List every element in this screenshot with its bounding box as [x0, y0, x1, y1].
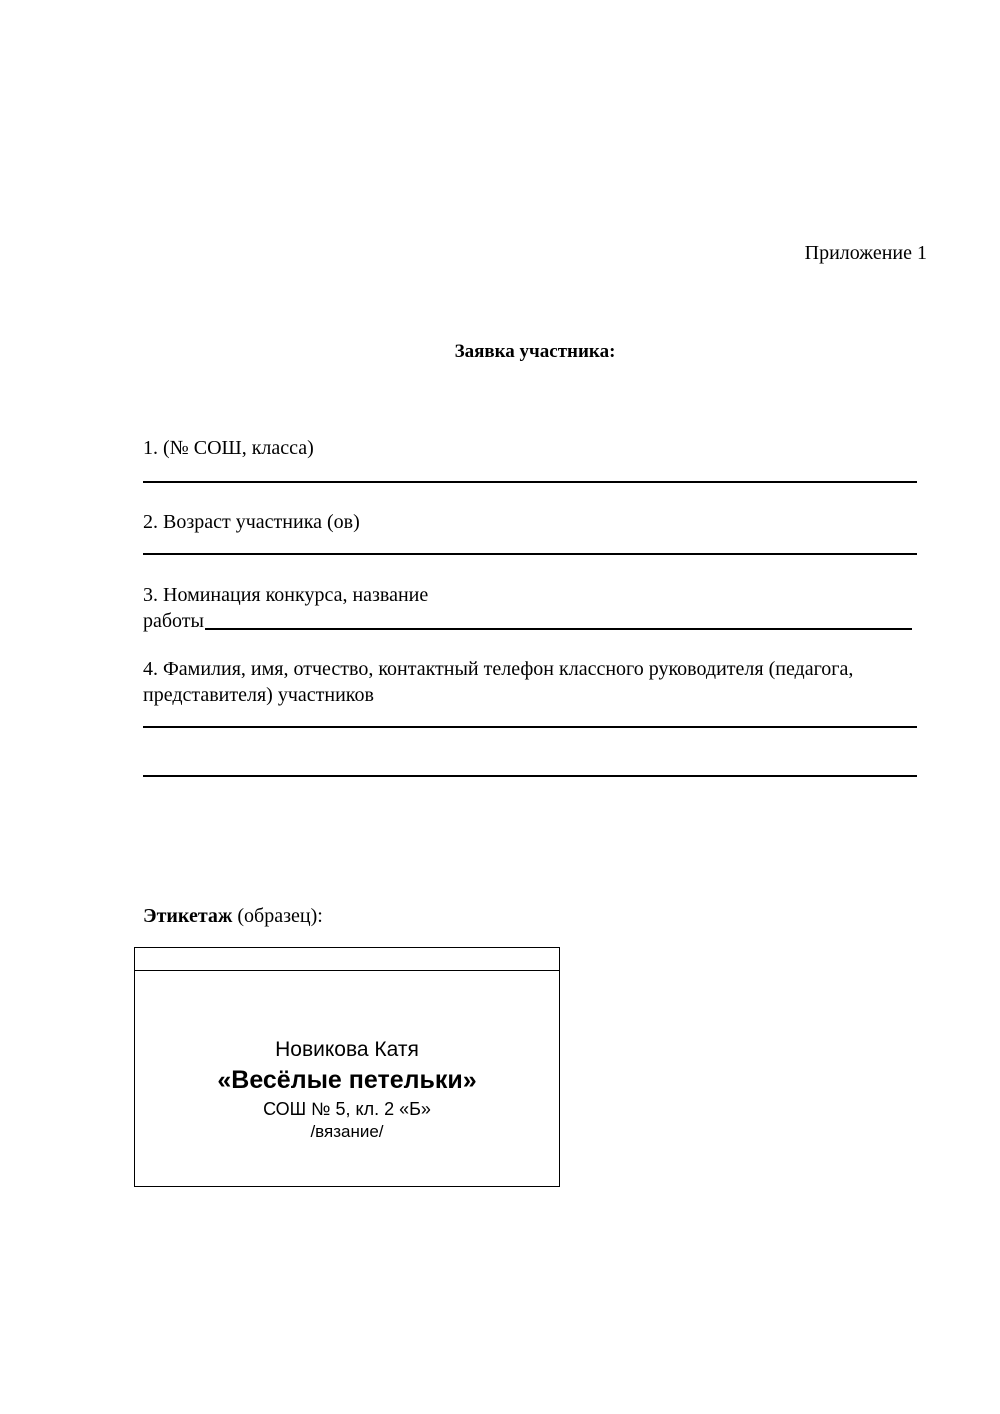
field-4-input-line-1[interactable] [143, 726, 917, 728]
field-4-text: Фамилия, имя, отчество, контактный телеф… [163, 658, 853, 680]
field-2-label: 2. Возраст участника (ов) [143, 511, 360, 534]
card-work-title: «Весёлые петельки» [135, 1066, 559, 1095]
card-school: СОШ № 5, кл. 2 «Б» [135, 1099, 559, 1120]
field-1-text: (№ СОШ, класса) [163, 437, 314, 459]
field-3-input-line[interactable] [205, 628, 912, 630]
field-1-label: 1. (№ СОШ, класса) [143, 437, 314, 460]
field-4-continuation: представителя) участников [143, 684, 374, 707]
card-participant-name: Новикова Катя [135, 1038, 559, 1062]
field-4-label: 4. Фамилия, имя, отчество, контактный те… [143, 658, 853, 681]
field-1-number: 1. [143, 437, 158, 459]
field-2-input-line[interactable] [143, 553, 917, 555]
label-card-top-strip [135, 970, 559, 971]
field-4-number: 4. [143, 658, 158, 680]
card-category: /вязание/ [135, 1122, 559, 1142]
sample-heading-rest: (образец): [232, 905, 322, 927]
field-1-input-line[interactable] [143, 481, 917, 483]
sample-label-card: Новикова Катя «Весёлые петельки» СОШ № 5… [134, 947, 560, 1187]
form-title: Заявка участника: [0, 341, 1000, 363]
field-3-number: 3. [143, 584, 158, 606]
appendix-label: Приложение 1 [805, 242, 927, 265]
field-3-label: 3. Номинация конкурса, название [143, 584, 428, 607]
field-3-continuation: работы [143, 610, 912, 633]
field-3-continuation-text: работы [143, 610, 204, 633]
sample-heading: Этикетаж (образец): [143, 905, 323, 928]
sample-heading-bold: Этикетаж [143, 905, 232, 927]
field-2-text: Возраст участника (ов) [163, 511, 360, 533]
field-2-number: 2. [143, 511, 158, 533]
field-3-text: Номинация конкурса, название [163, 584, 428, 606]
field-4-input-line-2[interactable] [143, 775, 917, 777]
